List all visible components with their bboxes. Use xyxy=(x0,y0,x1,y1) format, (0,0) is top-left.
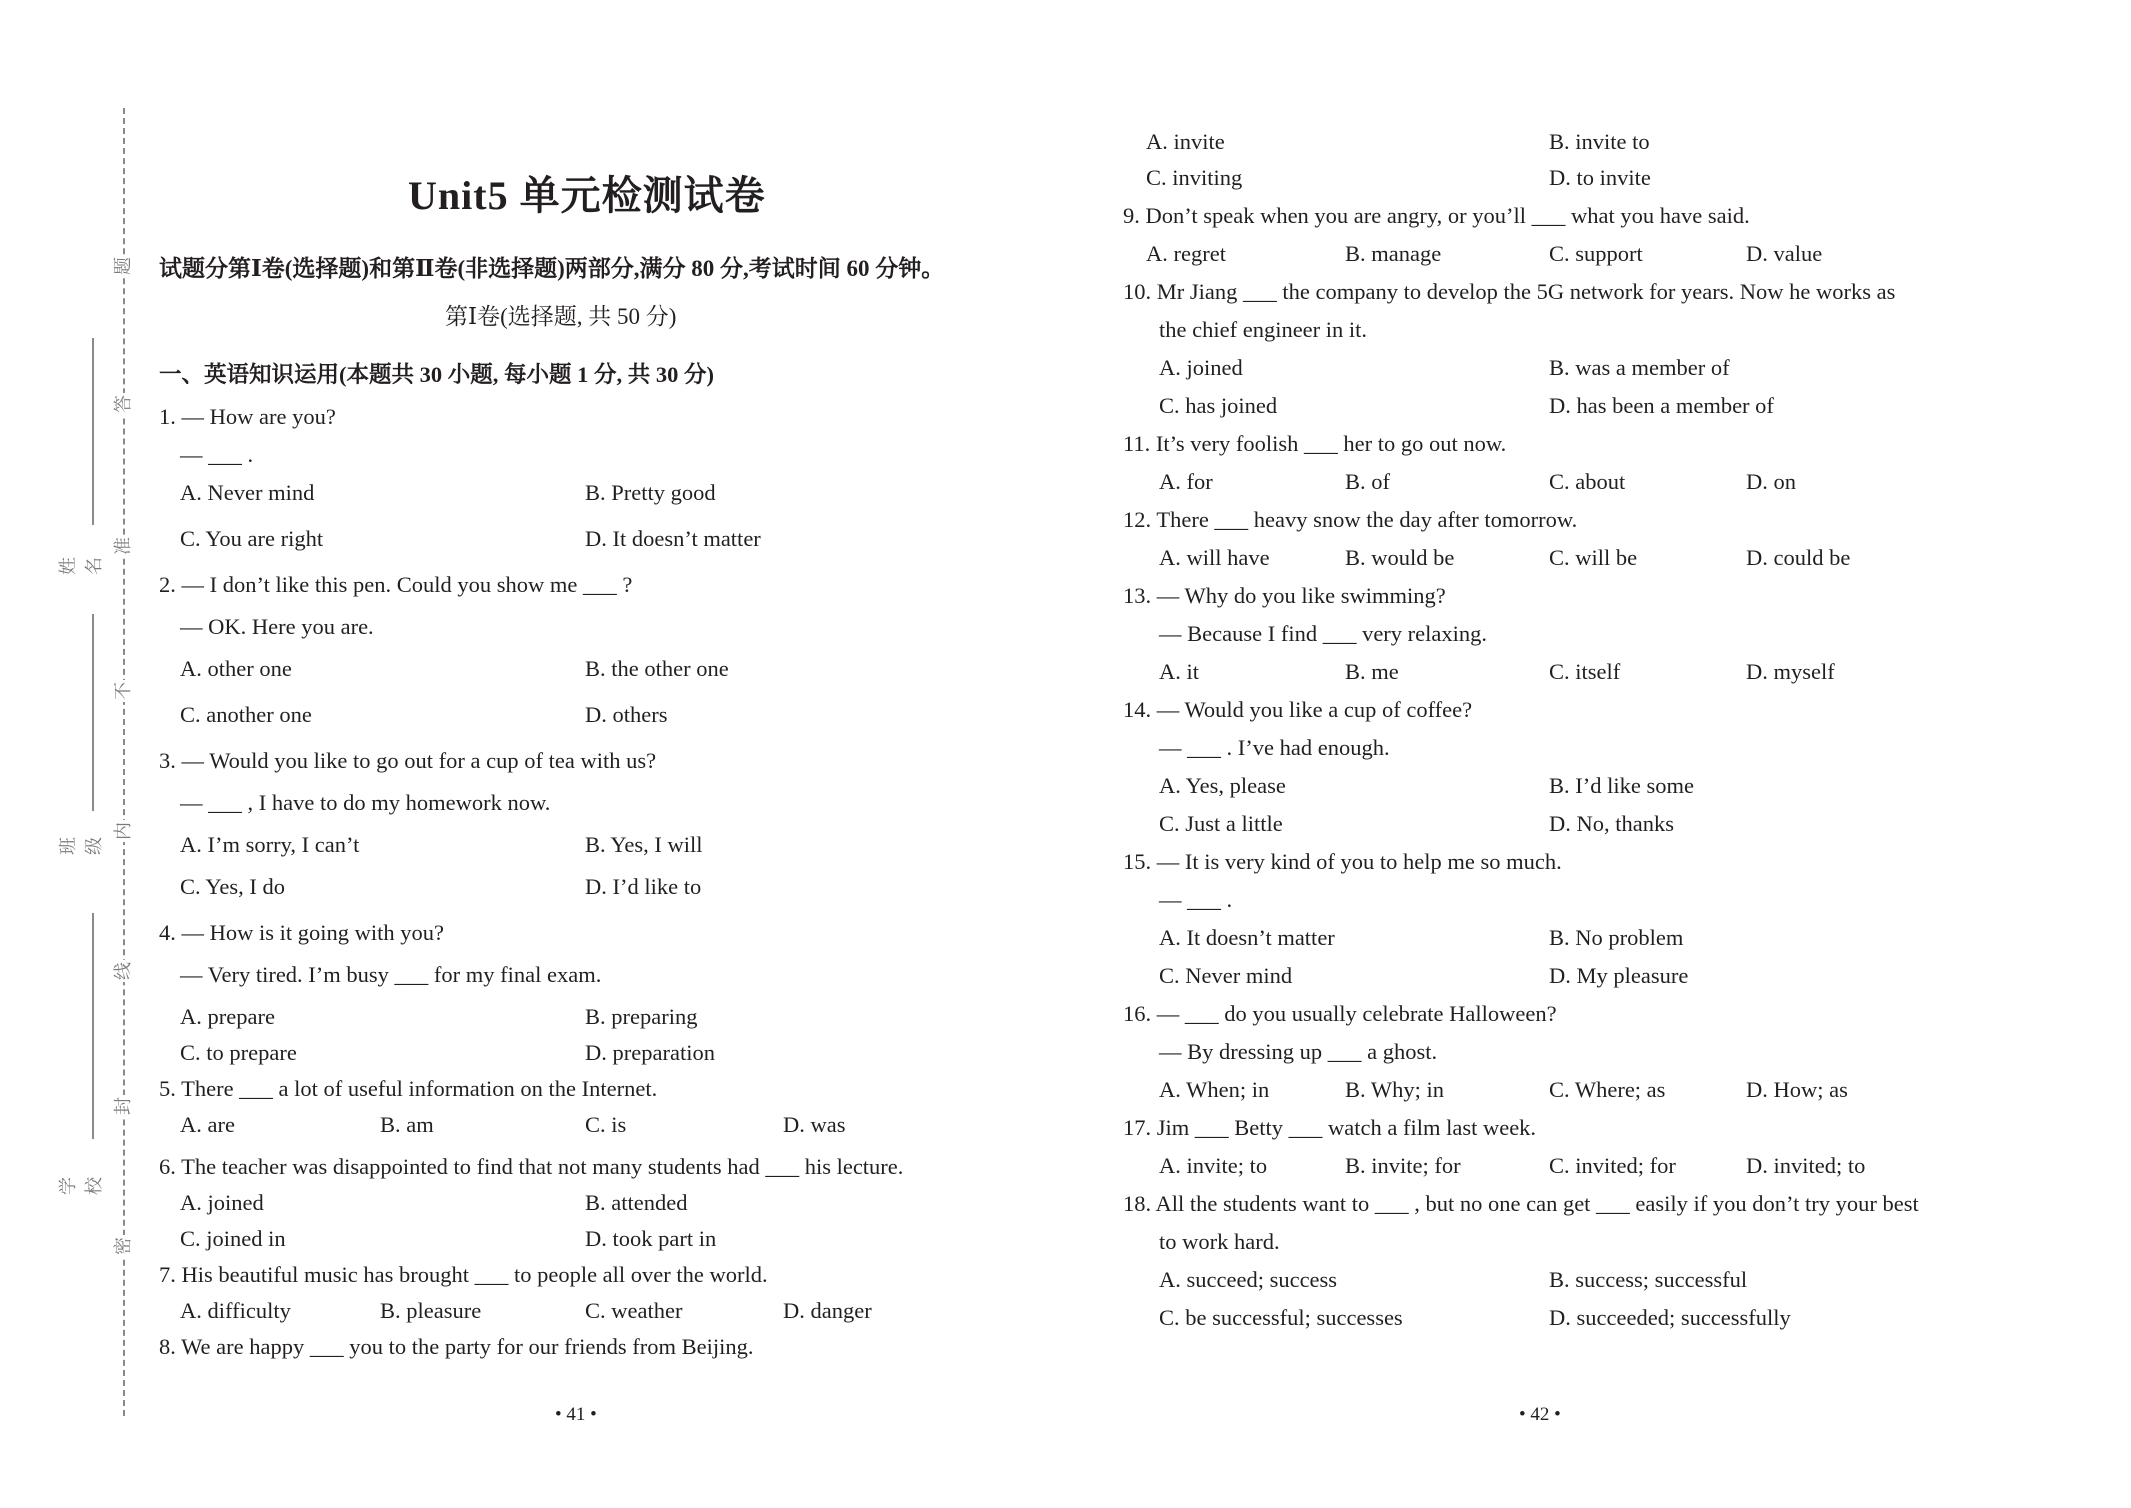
question-stem: 10. Mr Jiang ___ the company to develop … xyxy=(1123,281,1895,304)
class-field-label: 班级 xyxy=(54,832,106,860)
option-a[interactable]: A. prepare xyxy=(180,1006,275,1029)
option-b[interactable]: B. pleasure xyxy=(380,1300,481,1323)
page-number: • 41 • xyxy=(555,1404,597,1426)
option-d[interactable]: D. succeeded; successfully xyxy=(1549,1307,1791,1330)
question-stem: 16. — ___ do you usually celebrate Hallo… xyxy=(1123,1003,1557,1026)
option-c[interactable]: C. Just a little xyxy=(1159,813,1283,836)
question-stem: 15. — It is very kind of you to help me … xyxy=(1123,851,1562,874)
option-b[interactable]: B. am xyxy=(380,1114,434,1137)
option-c[interactable]: C. be successful; successes xyxy=(1159,1307,1403,1330)
option-b[interactable]: B. attended xyxy=(585,1192,687,1215)
seal-char: 封 xyxy=(113,1095,135,1117)
question-stem: 18. All the students want to ___ , but n… xyxy=(1123,1193,1919,1216)
option-d[interactable]: D. It doesn’t matter xyxy=(585,528,761,551)
option-d[interactable]: D. on xyxy=(1746,471,1796,494)
option-c[interactable]: C. another one xyxy=(180,704,312,727)
question-stem: 2. — I don’t like this pen. Could you sh… xyxy=(159,574,632,597)
option-d[interactable]: D. I’d like to xyxy=(585,876,701,899)
option-b[interactable]: B. the other one xyxy=(585,658,729,681)
page-number: • 42 • xyxy=(1519,1404,1561,1426)
question-stem: 9. Don’t speak when you are angry, or yo… xyxy=(1123,205,1750,228)
option-a[interactable]: A. for xyxy=(1159,471,1213,494)
seal-char: 内 xyxy=(113,820,135,842)
question-stem: 3. — Would you like to go out for a cup … xyxy=(159,750,656,773)
question-stem: 5. There ___ a lot of useful information… xyxy=(159,1078,657,1101)
seal-char: 密 xyxy=(113,1235,135,1257)
option-d[interactable]: D. to invite xyxy=(1549,167,1651,190)
option-a[interactable]: A. regret xyxy=(1146,243,1226,266)
option-d[interactable]: D. How; as xyxy=(1746,1079,1848,1102)
seal-char: 不 xyxy=(113,680,135,702)
question-stem: — Very tired. I’m busy ___ for my final … xyxy=(180,964,601,987)
option-c[interactable]: C. Never mind xyxy=(1159,965,1292,988)
question-stem: — ___ . I’ve had enough. xyxy=(1159,737,1390,760)
question-stem: 13. — Why do you like swimming? xyxy=(1123,585,1446,608)
option-d[interactable]: D. preparation xyxy=(585,1042,715,1065)
option-c[interactable]: C. invited; for xyxy=(1549,1155,1676,1178)
school-field-line[interactable] xyxy=(92,913,94,1139)
option-b[interactable]: B. Why; in xyxy=(1345,1079,1444,1102)
option-d[interactable]: D. danger xyxy=(783,1300,872,1323)
option-c[interactable]: C. Yes, I do xyxy=(180,876,285,899)
option-b[interactable]: B. invite; for xyxy=(1345,1155,1461,1178)
question-stem: 7. His beautiful music has brought ___ t… xyxy=(159,1264,768,1287)
option-c[interactable]: C. inviting xyxy=(1146,167,1242,190)
question-stem: 14. — Would you like a cup of coffee? xyxy=(1123,699,1472,722)
option-d[interactable]: D. has been a member of xyxy=(1549,395,1774,418)
option-d[interactable]: D. value xyxy=(1746,243,1822,266)
option-a[interactable]: A. Never mind xyxy=(180,482,314,505)
name-field-label: 姓名 xyxy=(54,552,106,580)
question-stem: — OK. Here you are. xyxy=(180,616,374,639)
option-a[interactable]: A. joined xyxy=(180,1192,264,1215)
option-a[interactable]: A. succeed; success xyxy=(1159,1269,1337,1292)
option-a[interactable]: A. invite; to xyxy=(1159,1155,1267,1178)
option-c[interactable]: C. Where; as xyxy=(1549,1079,1665,1102)
option-c[interactable]: C. has joined xyxy=(1159,395,1277,418)
option-a[interactable]: A. joined xyxy=(1159,357,1243,380)
question-stem: — ___ , I have to do my homework now. xyxy=(180,792,550,815)
option-c[interactable]: C. itself xyxy=(1549,661,1620,684)
question-stem: — ___ . xyxy=(180,444,253,467)
option-c[interactable]: C. You are right xyxy=(180,528,323,551)
option-b[interactable]: B. was a member of xyxy=(1549,357,1730,380)
name-field-line[interactable] xyxy=(92,338,94,525)
question-stem: 4. — How is it going with you? xyxy=(159,922,444,945)
option-d[interactable]: D. No, thanks xyxy=(1549,813,1674,836)
question-stem: 11. It’s very foolish ___ her to go out … xyxy=(1123,433,1506,456)
seal-char: 题 xyxy=(113,255,135,277)
option-d[interactable]: D. others xyxy=(585,704,668,727)
option-b[interactable]: B. manage xyxy=(1345,243,1441,266)
part-heading: 第Ⅰ卷(选择题, 共 50 分) xyxy=(445,298,676,331)
option-b[interactable]: B. would be xyxy=(1345,547,1454,570)
question-stem: to work hard. xyxy=(1159,1231,1280,1254)
question-stem: 17. Jim ___ Betty ___ watch a film last … xyxy=(1123,1117,1536,1140)
option-d[interactable]: D. My pleasure xyxy=(1549,965,1688,988)
option-c[interactable]: C. is xyxy=(585,1114,626,1137)
option-b[interactable]: B. invite to xyxy=(1549,131,1650,154)
option-a[interactable]: A. other one xyxy=(180,658,292,681)
option-a[interactable]: A. invite xyxy=(1146,131,1225,154)
question-stem: 12. There ___ heavy snow the day after t… xyxy=(1123,509,1577,532)
option-a[interactable]: A. Yes, please xyxy=(1159,775,1286,798)
page-title: Unit5 单元检测试卷 xyxy=(408,164,766,221)
seal-char: 准 xyxy=(113,535,135,557)
school-field-label: 学校 xyxy=(54,1172,106,1200)
option-c[interactable]: C. will be xyxy=(1549,547,1637,570)
option-d[interactable]: D. was xyxy=(783,1114,846,1137)
class-field-line[interactable] xyxy=(92,614,94,811)
option-b[interactable]: B. me xyxy=(1345,661,1399,684)
option-c[interactable]: C. about xyxy=(1549,471,1625,494)
seal-char: 线 xyxy=(113,960,135,982)
option-b[interactable]: B. I’d like some xyxy=(1549,775,1694,798)
option-a[interactable]: A. will have xyxy=(1159,547,1270,570)
question-stem: — By dressing up ___ a ghost. xyxy=(1159,1041,1437,1064)
option-c[interactable]: C. weather xyxy=(585,1300,682,1323)
option-b[interactable]: B. No problem xyxy=(1549,927,1683,950)
exam-intro: 试题分第Ⅰ卷(选择题)和第Ⅱ卷(非选择题)两部分,满分 80 分,考试时间 60… xyxy=(159,250,944,283)
option-a[interactable]: A. it xyxy=(1159,661,1199,684)
option-a[interactable]: A. are xyxy=(180,1114,235,1137)
question-stem: — Because I find ___ very relaxing. xyxy=(1159,623,1487,646)
option-d[interactable]: D. invited; to xyxy=(1746,1155,1865,1178)
option-a[interactable]: A. It doesn’t matter xyxy=(1159,927,1335,950)
option-c[interactable]: C. joined in xyxy=(180,1228,286,1251)
option-b[interactable]: B. Yes, I will xyxy=(585,834,703,857)
option-b[interactable]: B. success; successful xyxy=(1549,1269,1747,1292)
option-a[interactable]: A. I’m sorry, I can’t xyxy=(180,834,359,857)
option-a[interactable]: A. When; in xyxy=(1159,1079,1269,1102)
question-stem: — ___ . xyxy=(1159,889,1232,912)
option-b[interactable]: B. of xyxy=(1345,471,1390,494)
seal-char: 答 xyxy=(113,393,135,415)
question-stem: 1. — How are you? xyxy=(159,406,336,429)
question-stem: the chief engineer in it. xyxy=(1159,319,1367,342)
seal-dashed-line xyxy=(123,108,125,1416)
question-stem: 8. We are happy ___ you to the party for… xyxy=(159,1336,754,1359)
option-b[interactable]: B. preparing xyxy=(585,1006,697,1029)
option-b[interactable]: B. Pretty good xyxy=(585,482,716,505)
option-d[interactable]: D. could be xyxy=(1746,547,1850,570)
option-d[interactable]: D. myself xyxy=(1746,661,1835,684)
section-heading: 一、英语知识运用(本题共 30 小题, 每小题 1 分, 共 30 分) xyxy=(159,357,714,389)
option-a[interactable]: A. difficulty xyxy=(180,1300,291,1323)
option-d[interactable]: D. took part in xyxy=(585,1228,716,1251)
option-c[interactable]: C. support xyxy=(1549,243,1643,266)
option-c[interactable]: C. to prepare xyxy=(180,1042,297,1065)
question-stem: 6. The teacher was disappointed to find … xyxy=(159,1156,903,1179)
